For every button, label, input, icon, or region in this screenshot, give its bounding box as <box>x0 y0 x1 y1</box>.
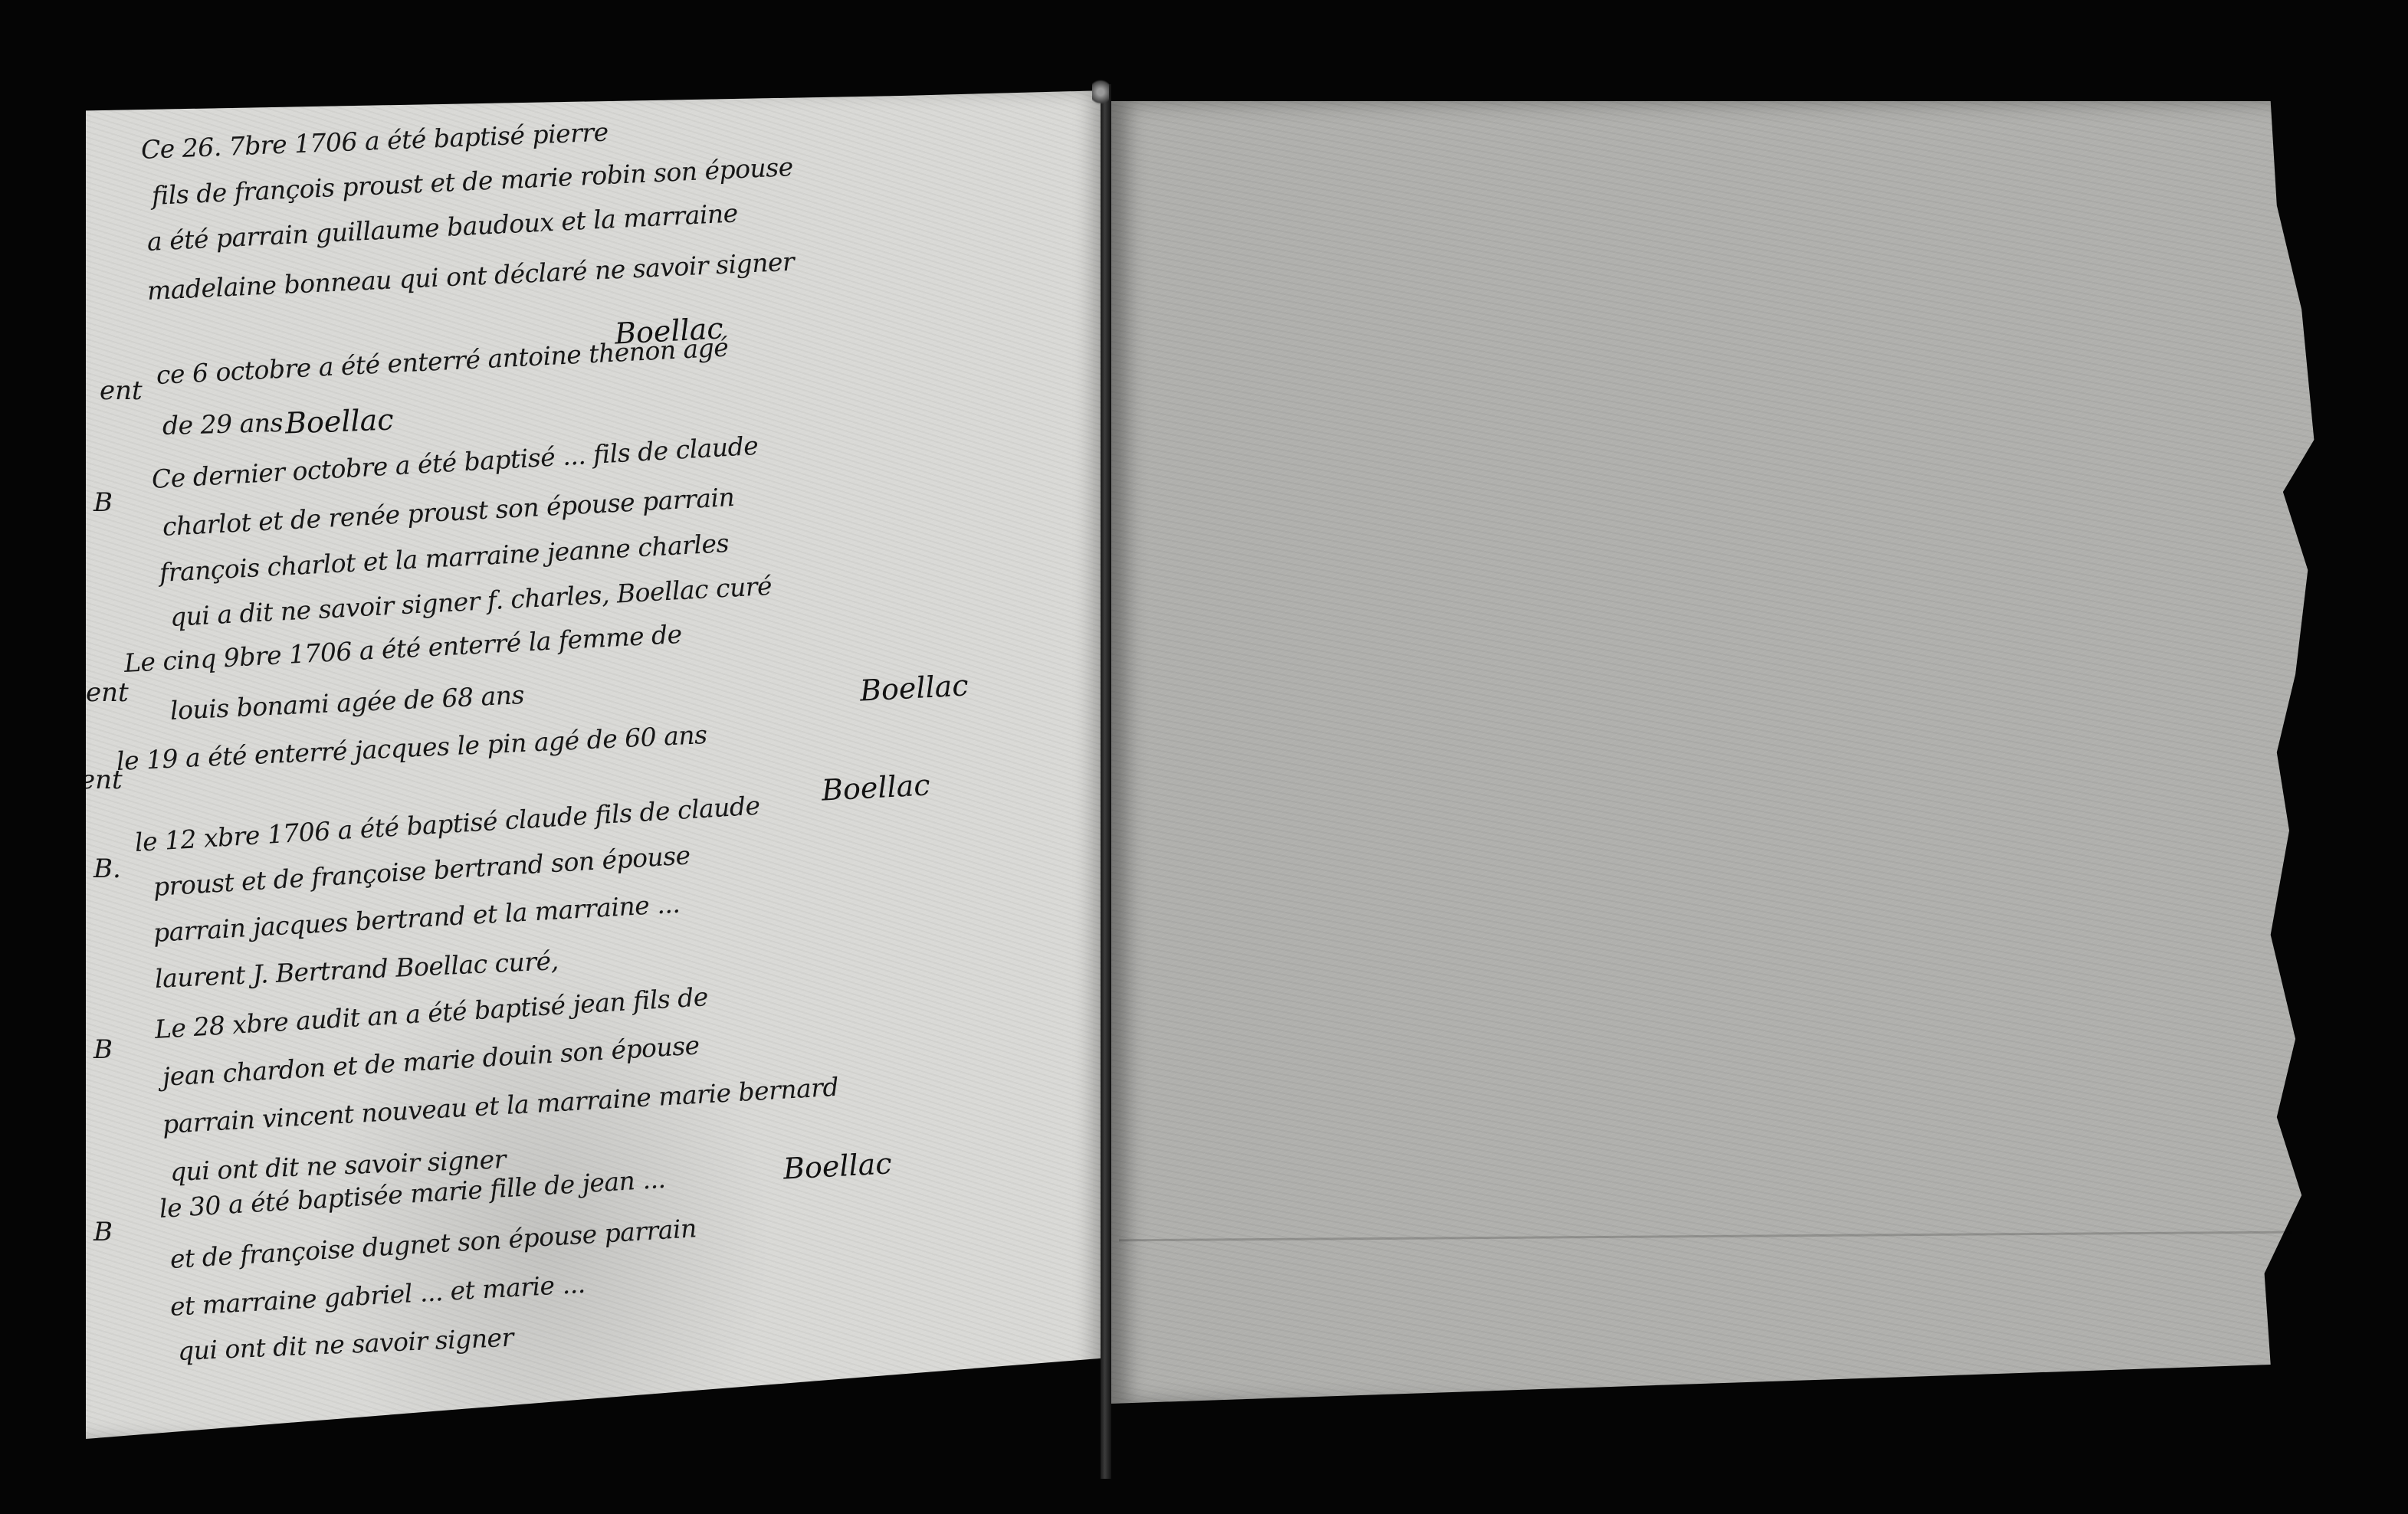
binding-thread <box>1092 77 1109 107</box>
entry-7-signature: Boellac <box>782 1146 893 1185</box>
entry-8-line-2: et de françoise dugnet son épouse parrai… <box>169 1213 697 1274</box>
entry-2-margin-note: ent <box>100 375 143 406</box>
entry-7-line-2: jean chardon et de marie douin son épous… <box>162 1030 700 1092</box>
entry-1-line-4: madelaine bonneau qui ont déclaré ne sav… <box>146 247 795 306</box>
entry-2-line-1: ce 6 octobre a été enterré antoine theno… <box>156 333 729 390</box>
entry-6-line-4: laurent J. Bertrand Boellac curé, <box>154 945 559 994</box>
entry-6-margin-note: B. <box>93 854 121 884</box>
entry-8-margin-note: B <box>93 1217 113 1247</box>
entry-2-line-2: de 29 ans <box>162 408 283 441</box>
entry-5-margin-note: ent <box>80 765 123 795</box>
entry-8-line-3: et marraine gabriel ... et marie ... <box>169 1269 586 1322</box>
left-page: Ce 26. 7bre 1706 a été baptisé pierre fi… <box>86 90 1105 1439</box>
entry-5-signature: Boellac <box>821 768 931 807</box>
entry-8-line-4: qui ont dit ne savoir signer <box>177 1322 513 1366</box>
signature-flourish <box>799 1426 1051 1433</box>
entry-5-line-1: le 19 a été enterré jacques le pin agé d… <box>116 719 707 776</box>
entry-4-line-2: louis bonami agée de 68 ans <box>169 680 525 726</box>
entry-4-margin-note: ent <box>86 677 129 708</box>
entry-1-line-1: Ce 26. 7bre 1706 a été baptisé pierre <box>140 117 609 165</box>
book-spine-gutter <box>1101 84 1111 1479</box>
final-signature: Boellac curé <box>753 1385 966 1424</box>
entry-3-margin-note: B <box>93 487 113 518</box>
entry-6-line-3: parrain jacques bertrand et la marraine … <box>153 889 681 948</box>
right-page-blank <box>1110 101 2351 1404</box>
entry-2-signature: Boellac <box>284 403 394 441</box>
manuscript-text: Ce 26. 7bre 1706 a été baptisé pierre fi… <box>86 90 1105 1439</box>
entry-4-signature: Boellac <box>859 668 969 707</box>
entry-7-margin-note: B <box>93 1034 113 1065</box>
